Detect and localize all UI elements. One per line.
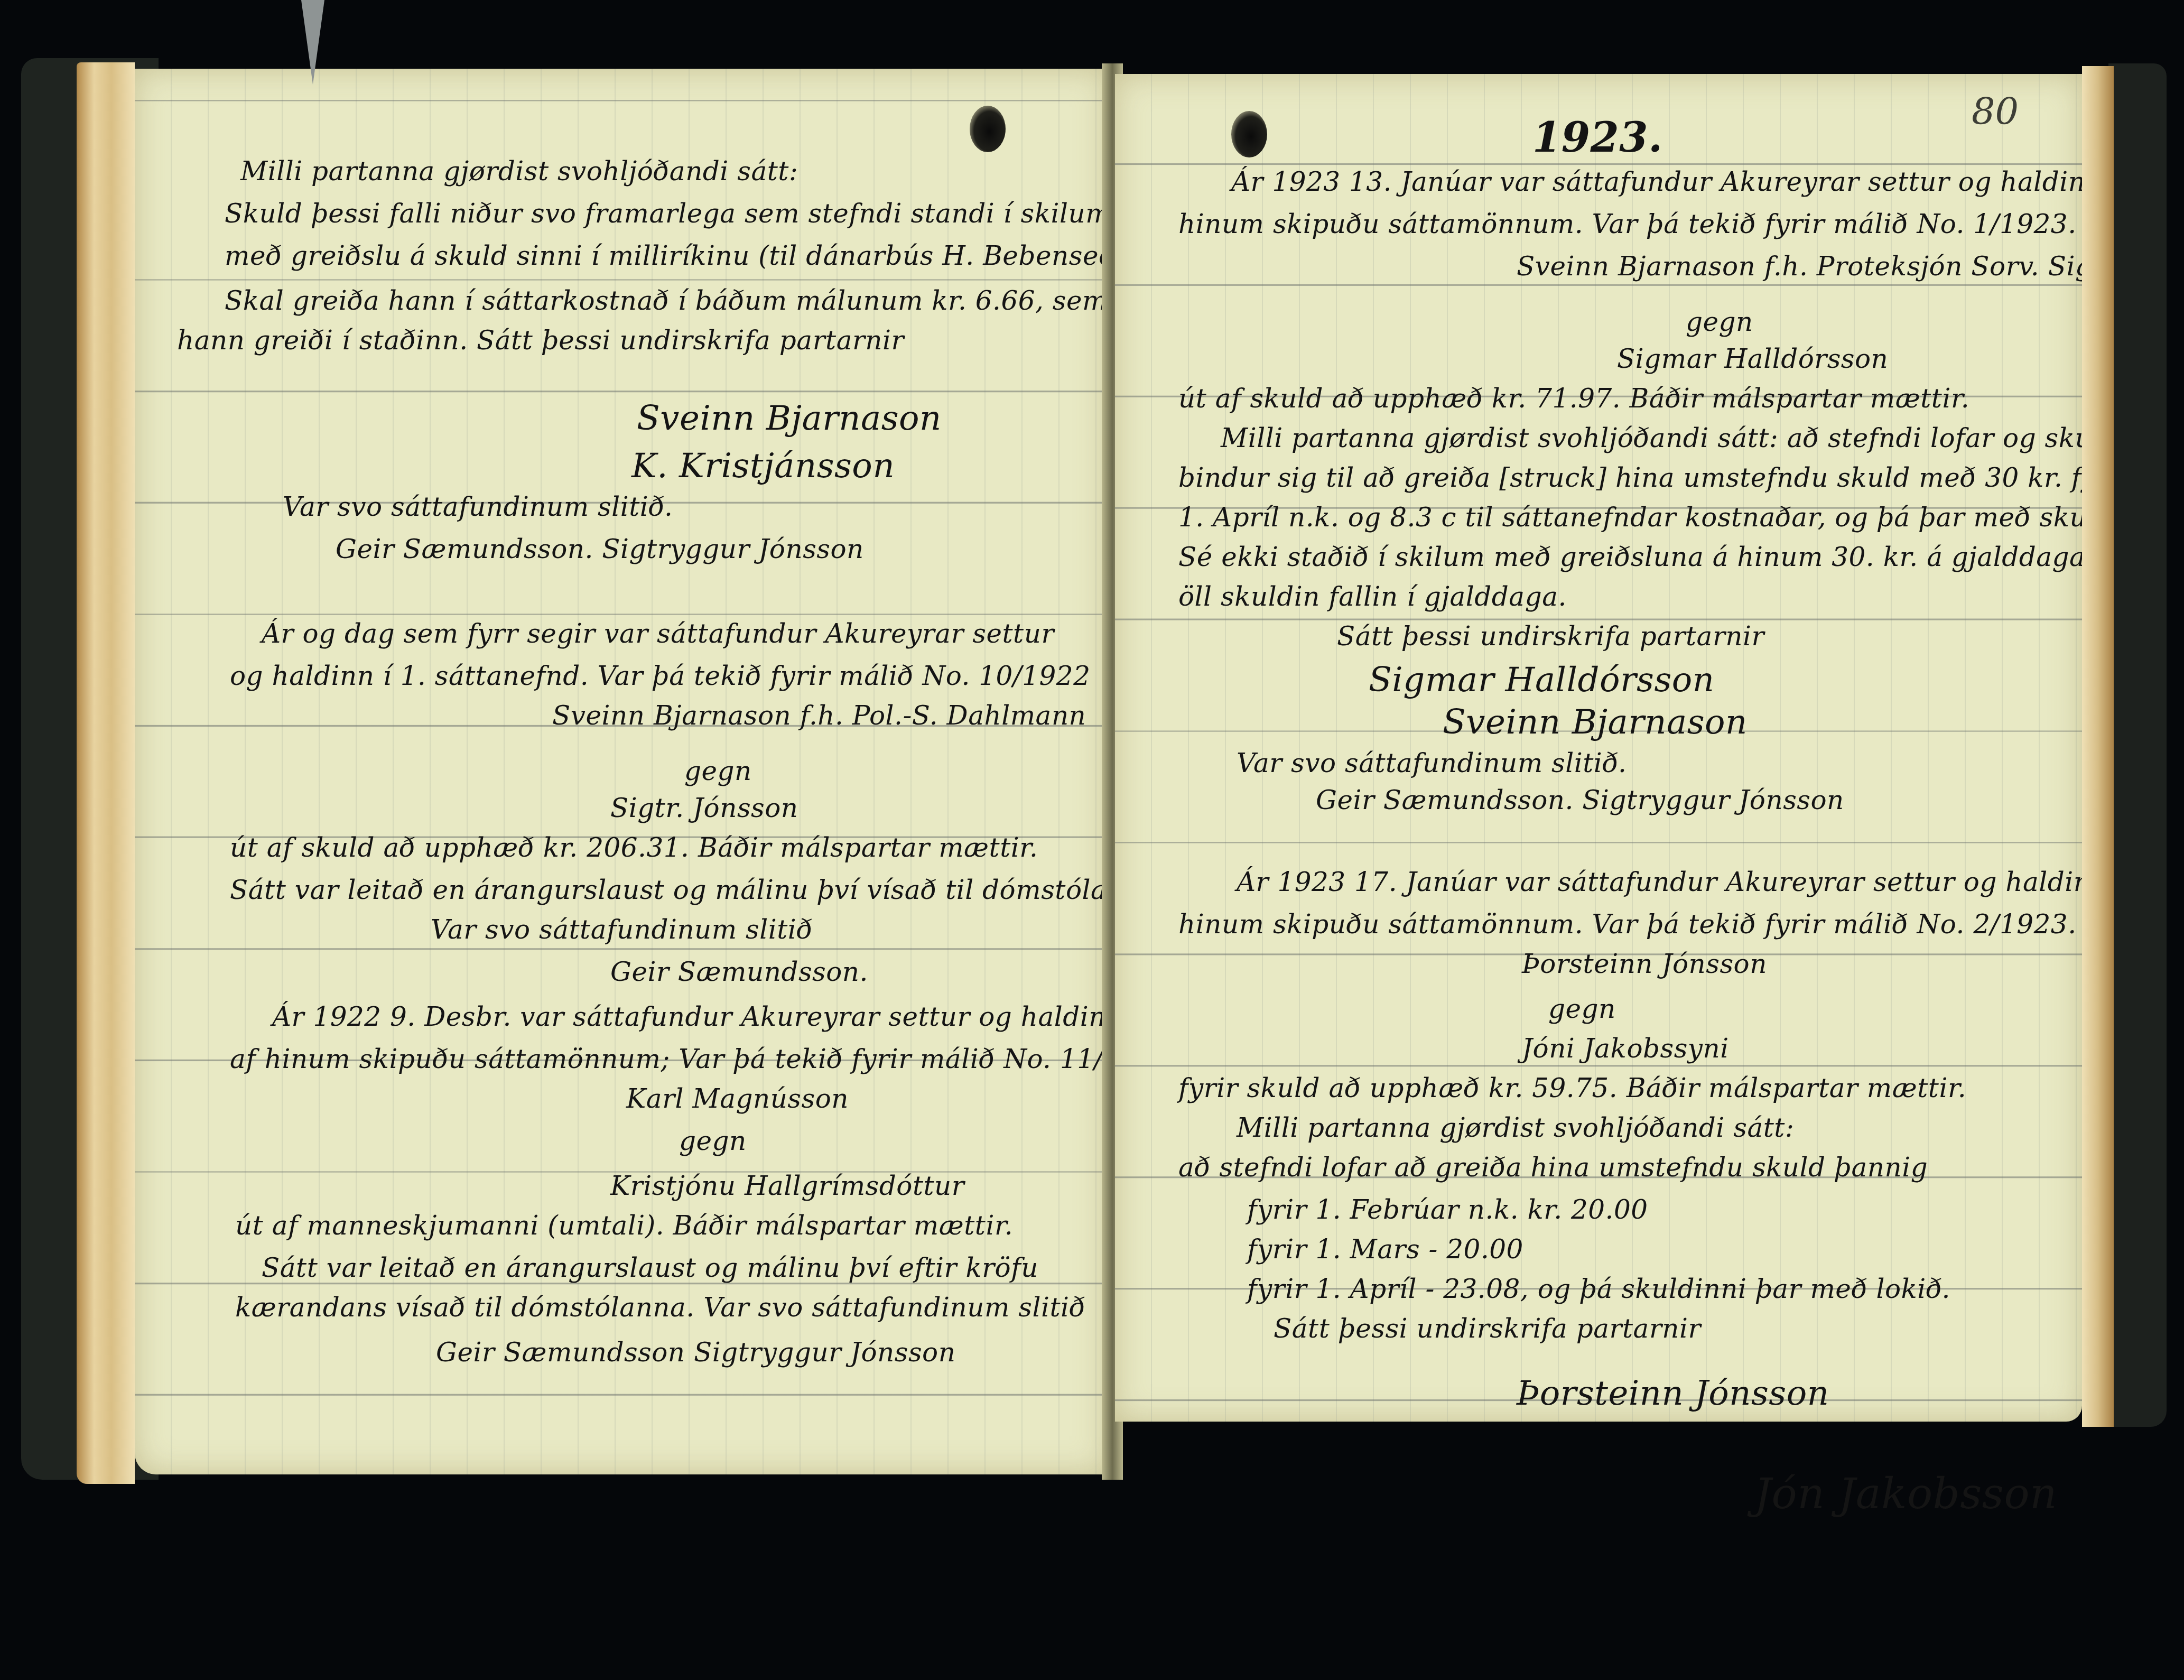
text-line: Kristjónu Hallgrímsdóttur xyxy=(610,1171,964,1201)
text-line: út af skuld að upphæð kr. 71.97. Báðir m… xyxy=(1178,383,1969,414)
text-line: gegn xyxy=(1548,994,1616,1024)
signature: K. Kristjánsson xyxy=(631,447,895,486)
letter-opener-blade-icon xyxy=(301,0,324,85)
text-line: Sveinn Bjarnason f.h. Pol.-S. Dahlmann xyxy=(552,700,1086,731)
signature: Sigmar Halldórsson xyxy=(1369,661,1715,700)
text-line: Skuld þessi falli niður svo framarlega s… xyxy=(225,198,1107,229)
text-line: Milli partanna gjørdist svohljóðandi sát… xyxy=(1221,423,2082,453)
signature: Sveinn Bjarnason xyxy=(1443,703,1748,742)
signature-line: Geir Sæmundsson. Sigtryggur Jónsson xyxy=(1316,785,1844,815)
text-line: Ár 1922 9. Desbr. var sáttafundur Akurey… xyxy=(272,1001,1107,1032)
text-line: Ár 1923 17. Janúar var sáttafundur Akure… xyxy=(1237,867,2082,897)
text-line: Sátt þessi undirskrifa partarnir xyxy=(1274,1313,1701,1344)
text-line: hinum skipuðu sáttamönnum. Var þá tekið … xyxy=(1178,209,2077,239)
text-line: Sátt var leitað en árangurslaust og máli… xyxy=(262,1252,1038,1283)
text-line: hann greiði í staðinn. Sátt þessi undirs… xyxy=(177,325,904,356)
payment-line: fyrir 1. Apríl - 23.08, og þá skuldinni … xyxy=(1247,1274,1950,1304)
text-line: Sátt þessi undirskrifa partarnir xyxy=(1337,621,1764,652)
text-line: fyrir skuld að upphæð kr. 59.75. Báðir m… xyxy=(1178,1073,1966,1103)
text-line: Karl Magnússon xyxy=(626,1083,849,1114)
text-line: Ár 1923 13. Janúar var sáttafundur Akure… xyxy=(1231,166,2082,197)
signature: Þorsteinn Jónsson xyxy=(1517,1374,1829,1413)
text-line: gegn xyxy=(679,1126,747,1156)
right-page-text: 1923. Ár 1923 13. Janúar var sáttafundur… xyxy=(1115,74,2082,1422)
text-line: Sátt var leitað en árangurslaust og máli… xyxy=(230,875,1107,905)
text-line: Skal greiða hann í sáttarkostnað í báðum… xyxy=(225,285,1107,316)
text-line: og haldinn í 1. sáttanefnd. Var þá tekið… xyxy=(230,661,1090,691)
text-line: gegn xyxy=(1686,307,1753,337)
page-block-edge-left xyxy=(77,62,135,1484)
book-cover-right xyxy=(2108,63,2167,1427)
text-line: út af manneskjumanni (umtali). Báðir mál… xyxy=(235,1210,1013,1241)
text-line: Milli partanna gjørdist svohljóðandi sát… xyxy=(1237,1112,1794,1143)
text-line: Þorsteinn Jónsson xyxy=(1522,949,1767,979)
text-line: hinum skipuðu sáttamönnum. Var þá tekið … xyxy=(1178,909,2077,940)
text-line: kærandans vísað til dómstólanna. Var svo… xyxy=(235,1292,1085,1323)
text-line: Sigtr. Jónsson xyxy=(610,793,798,823)
payment-line: fyrir 1. Mars - 20.00 xyxy=(1247,1234,1523,1265)
signature-line: Geir Sæmundsson. xyxy=(610,957,868,987)
text-line: Var svo sáttafundinum slitið. xyxy=(1237,748,1627,778)
text-line: með greiðslu á skuld sinni í milliríkinu… xyxy=(225,240,1107,271)
left-page: Milli partanna gjørdist svohljóðandi sát… xyxy=(135,69,1107,1474)
signature-line: Geir Sæmundsson Sigtryggur Jónsson xyxy=(436,1337,955,1368)
signature: Sveinn Bjarnason xyxy=(637,399,942,438)
text-line: út af skuld að upphæð kr. 206.31. Báðir … xyxy=(230,832,1038,863)
text-line: Milli partanna gjørdist svohljóðandi sát… xyxy=(240,156,798,187)
text-line: að stefndi lofar að greiða hina umstefnd… xyxy=(1178,1152,1928,1183)
text-line: 1. Apríl n.k. og 8.3 c til sáttanefndar … xyxy=(1178,502,2082,533)
text-line: bindur sig til að greiða [struck] hina u… xyxy=(1178,462,2082,493)
payment-line: fyrir 1. Febrúar n.k. kr. 20.00 xyxy=(1247,1194,1648,1225)
text-line: Var svo sáttafundinum slitið. xyxy=(283,491,673,522)
signature-jon-jakobsson: Jón Jakobsson xyxy=(1754,1469,2057,1518)
text-line: öll skuldin fallin í gjalddaga. xyxy=(1178,581,1567,612)
text-line: Sigmar Halldórsson xyxy=(1617,344,1888,374)
text-line: Sé ekki staðið í skilum með greiðsluna á… xyxy=(1178,542,2082,572)
text-line: Sveinn Bjarnason f.h. Proteksjón Sorv. S… xyxy=(1517,251,2082,282)
left-page-text: Milli partanna gjørdist svohljóðandi sát… xyxy=(135,69,1107,1474)
right-page: 80 1923. Ár 1923 13. Janúar var sáttafun… xyxy=(1115,74,2082,1422)
year-heading: 1923. xyxy=(1532,114,1663,162)
text-line: af hinum skipuðu sáttamönnum; Var þá tek… xyxy=(230,1044,1107,1074)
signature-line: Geir Sæmundsson. Sigtryggur Jónsson xyxy=(336,534,864,564)
page-block-edge-right xyxy=(2082,66,2114,1427)
text-line: Ár og dag sem fyrr segir var sáttafundur… xyxy=(262,618,1054,649)
text-line: Jóni Jakobssyni xyxy=(1522,1033,1729,1064)
text-line: Var svo sáttafundinum slitið xyxy=(431,914,813,945)
text-line: gegn xyxy=(684,756,752,786)
